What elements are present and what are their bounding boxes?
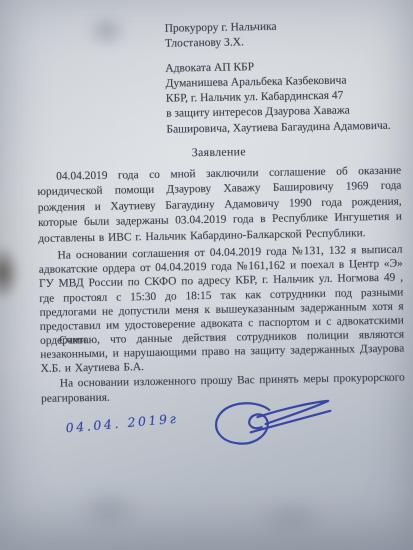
paragraph: 04.04.2019 года со мной заключили соглаш… (37, 164, 402, 247)
document-title: Заявление (37, 142, 401, 163)
signature-icon (205, 393, 336, 453)
document-photo: Прокурору г. Нальчика Тлостанову З.Х. Ад… (0, 0, 413, 550)
addressee-block: Прокурору г. Нальчика Тлостанову З.Х. Ад… (165, 17, 411, 137)
handwritten-date: 04.04. 2019г (65, 411, 179, 436)
document-page: Прокурору г. Нальчика Тлостанову З.Х. Ад… (0, 0, 413, 550)
applicant-line: Башировича, Хаутиева Багаудина Адамовича… (166, 118, 410, 138)
paragraph: Считаю, что данные действия сотрудников … (40, 328, 405, 377)
